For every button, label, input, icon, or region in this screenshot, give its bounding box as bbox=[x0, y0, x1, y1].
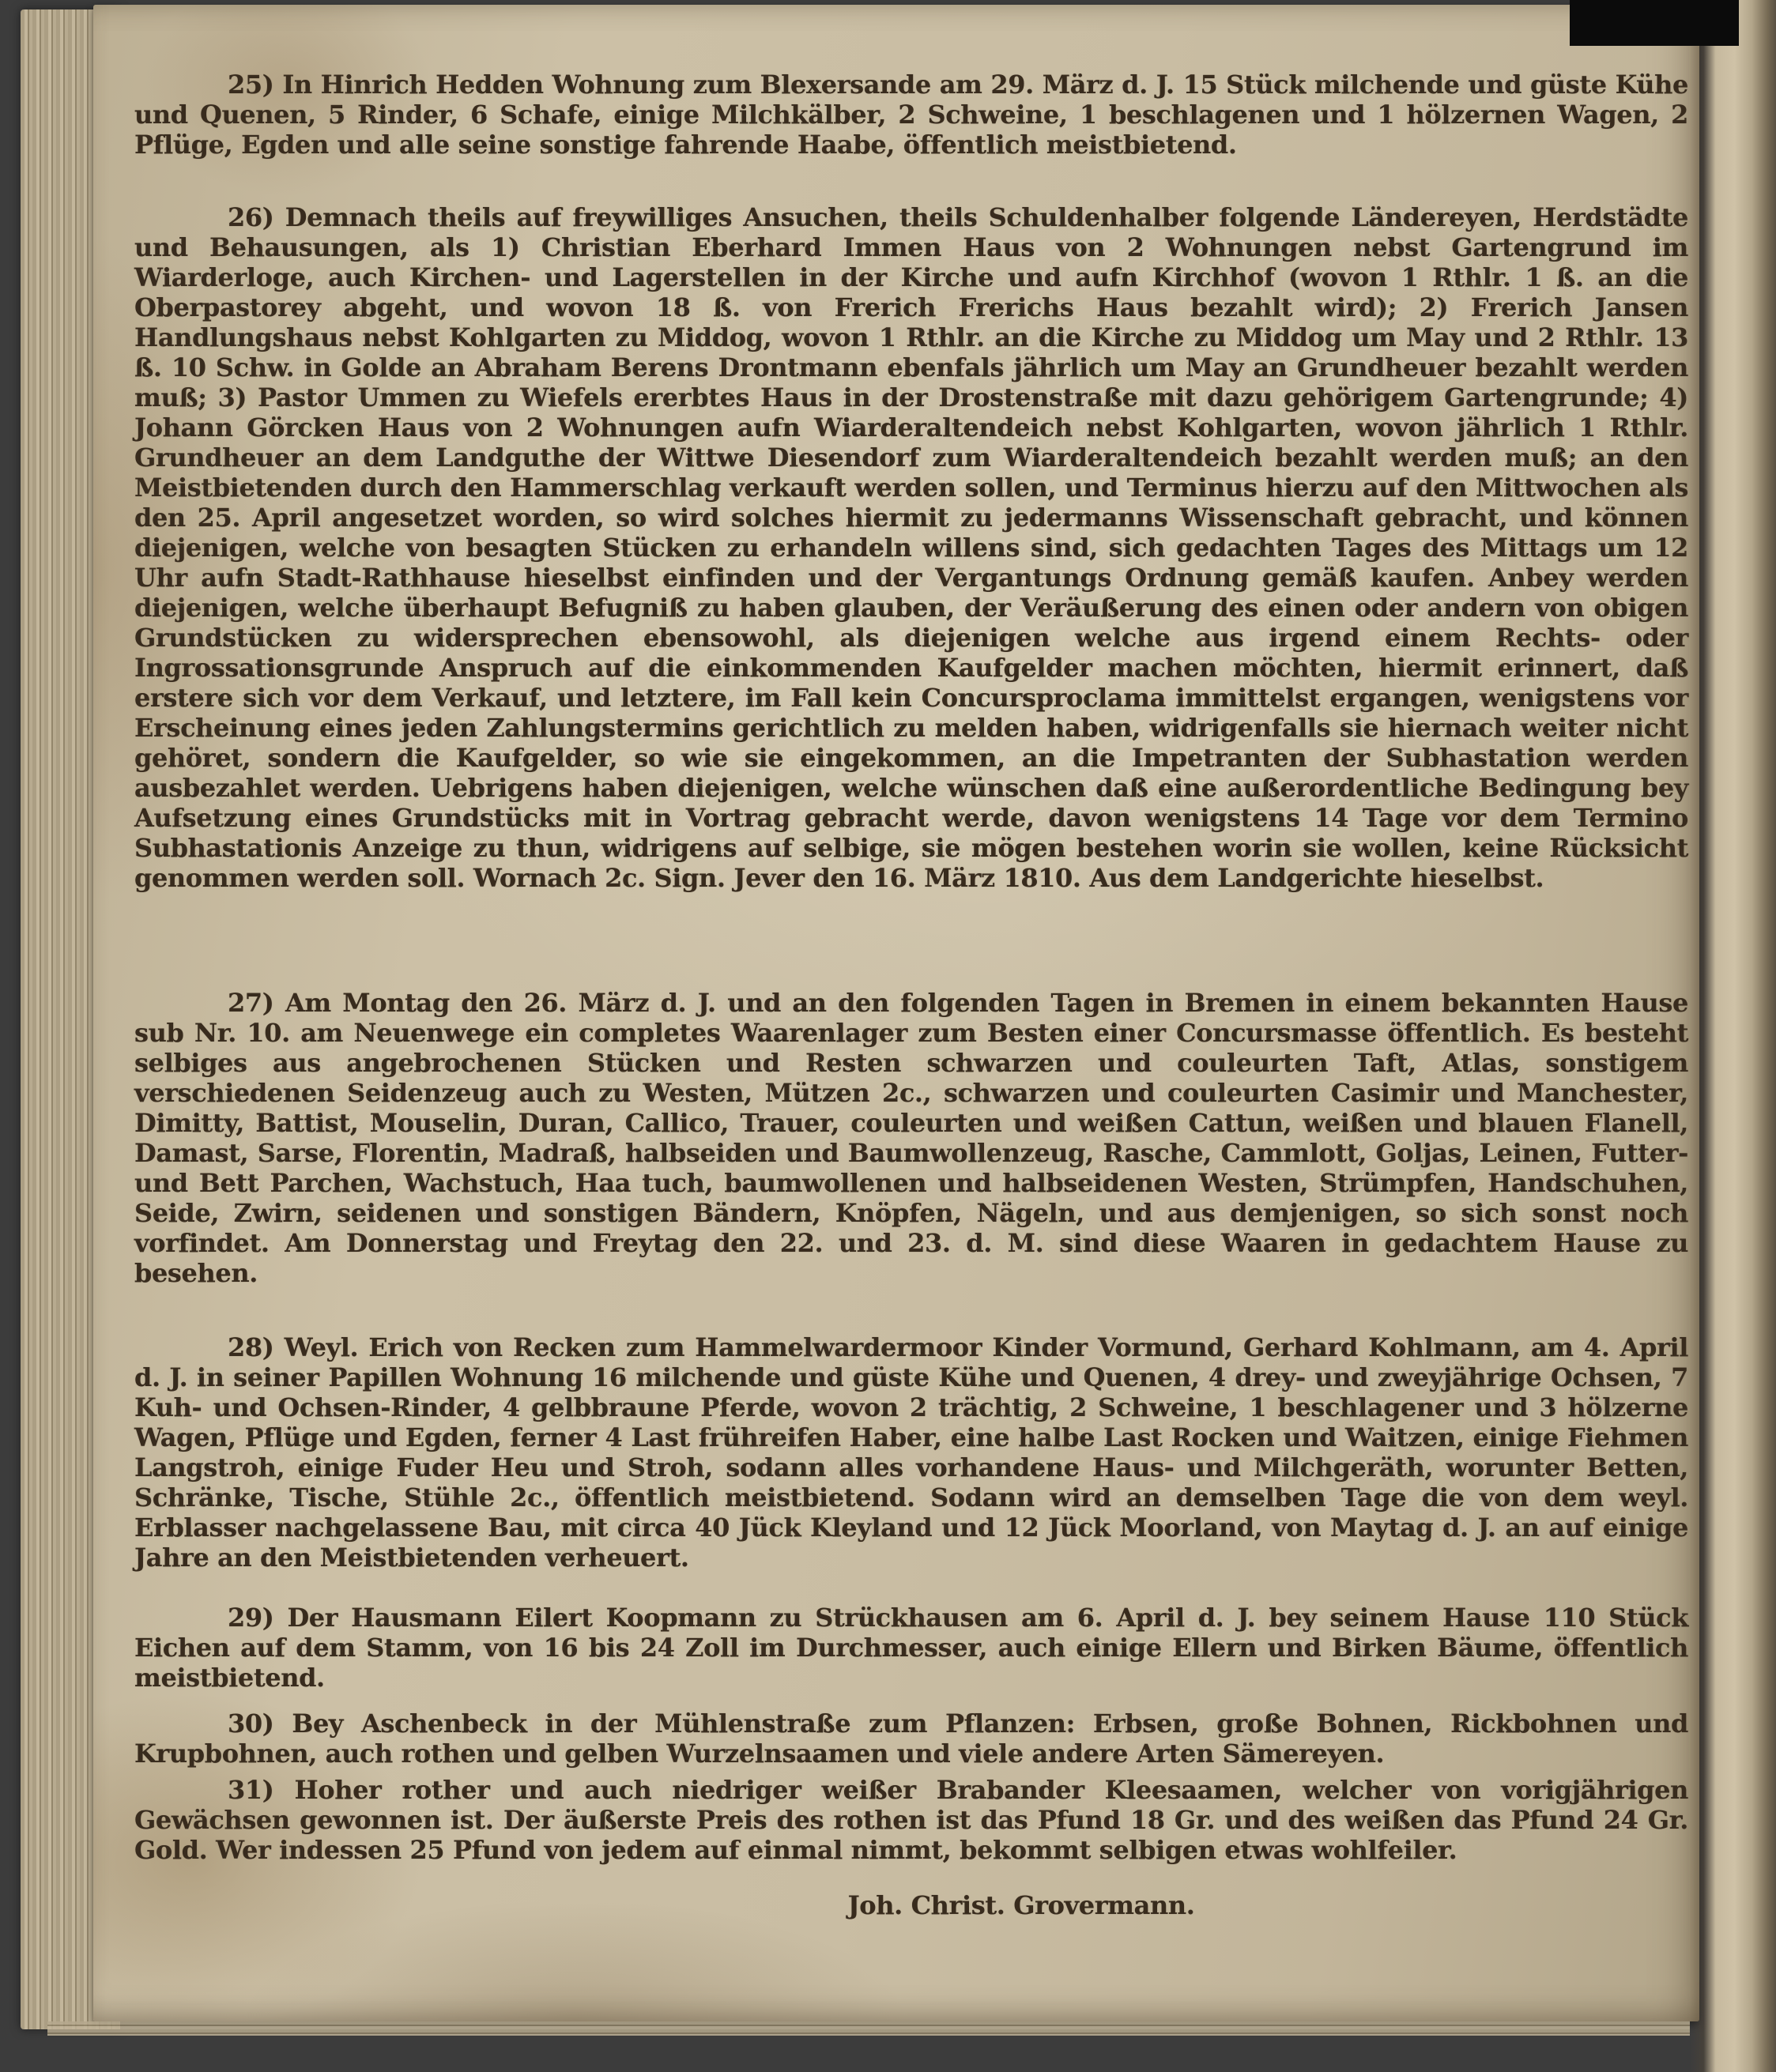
notice-paragraph-29: 29) Der Hausmann Eilert Koopmann zu Strü… bbox=[134, 1603, 1688, 1693]
notice-paragraph-26: 26) Demnach theils auf freywilliges Ansu… bbox=[134, 202, 1688, 893]
adjacent-page-edge bbox=[1690, 0, 1776, 2072]
signature-line: Joh. Christ. Grovermann. bbox=[134, 1890, 1688, 1920]
notice-paragraph-28: 28) Weyl. Erich von Recken zum Hammelwar… bbox=[134, 1332, 1688, 1573]
scanner-corner-mark bbox=[1570, 0, 1739, 46]
notice-paragraph-31: 31) Hoher rother und auch niedriger weiß… bbox=[134, 1775, 1688, 1865]
bottom-page-stack-edges bbox=[47, 2021, 1690, 2036]
notice-paragraph-30: 30) Bey Aschenbeck in der Mühlenstraße z… bbox=[134, 1708, 1688, 1769]
notice-paragraph-27: 27) Am Montag den 26. März d. J. und an … bbox=[134, 988, 1688, 1288]
notice-paragraph-25: 25) In Hinrich Hedden Wohnung zum Blexer… bbox=[134, 70, 1688, 160]
